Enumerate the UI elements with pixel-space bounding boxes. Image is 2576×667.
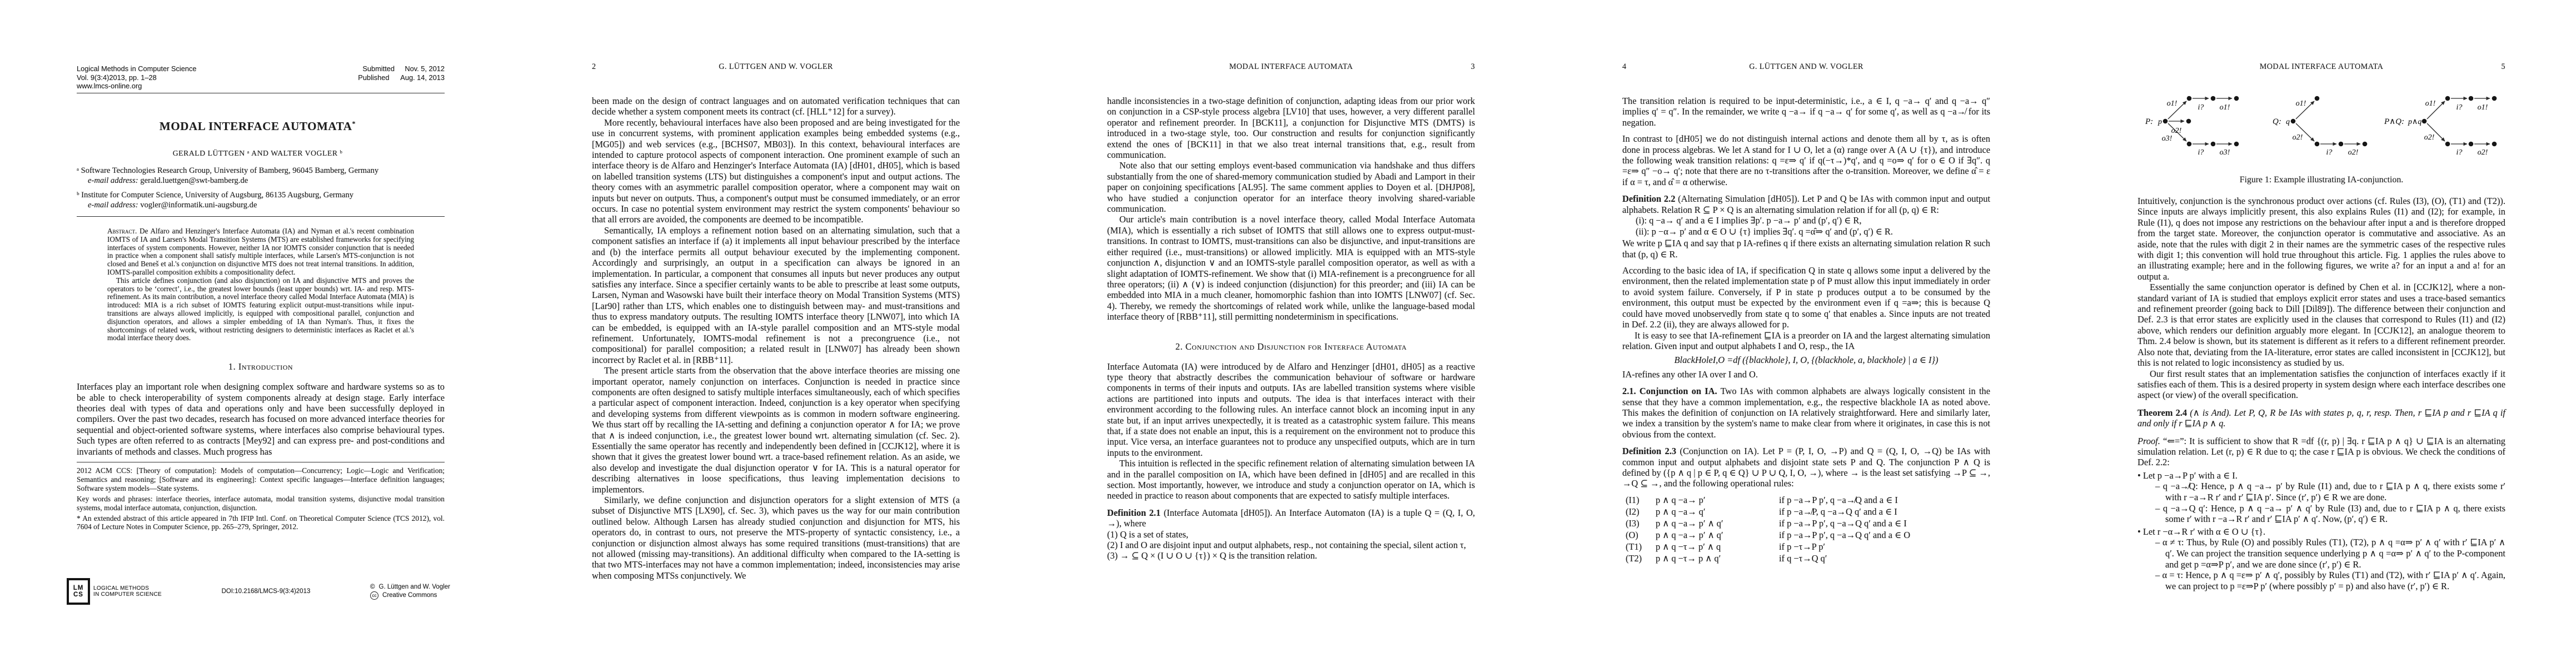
license-row: cc Creative Commons [370,591,450,600]
proof-case: • Let r −α→R r′ with α ∈ O ∪ {τ}. [2137,526,2505,537]
abstract-label: Abstract. [107,227,137,235]
definition-item: (ii): p −α→ p′ and α ∈ O ∪ {τ} implies ∃… [1636,226,1990,237]
published-row: Published Aug. 14, 2013 [358,73,445,82]
state-dot [2234,142,2239,147]
paragraph: This intuition is reflected in the speci… [1107,458,1475,501]
doi: DOI:10.2168/LMCS-9(3:4)2013 [162,588,370,595]
state-dot [2469,96,2474,101]
edge-label: o1! [2220,103,2230,112]
page-5: MODAL INTERFACE AUTOMATA 5 [2061,0,2576,667]
email-line: e-mail address: gerald.luettgen@swt-bamb… [88,176,445,186]
running-title: G. LÜTTGEN AND W. VOGLER [1622,62,1990,72]
paragraph: According to the basic idea of IA, if sp… [1622,265,1990,330]
paragraph: Note also that our setting employs event… [1107,160,1475,214]
rule-row: (T1)p ∧ q −τ→ p′ ∧ qif p −τ→P p′ [1626,541,1990,552]
state-dot [2187,96,2192,101]
operational-rules: (I1)p ∧ q −a→ p′if p −a→P p′, q −a↛Q and… [1626,494,1990,564]
automaton-p: P: p o1! i? o1! o2! o3! i? o3! [2145,96,2239,157]
paragraph: Our first result states that an implemen… [2137,369,2505,401]
paragraph: Interfaces play an important role when d… [77,381,445,457]
edge-label: i? [2198,148,2204,157]
section-heading-conjunction: 2. Conjunction and Disjunction for Inter… [1107,341,1475,352]
edge-label: o2! [2478,148,2488,157]
page5-text: Intuitively, conjunction is the synchron… [2137,196,2505,591]
blackhole-equation: BlackHoleI,O =df ({blackhole}, I, O, {(b… [1622,355,1990,365]
edge-label: o3! [2220,148,2230,157]
figure-caption: Figure 1: Example illustrating IA-conjun… [2137,175,2505,185]
theorem-2-4: Theorem 2.4 (∧ is And). Let P, Q, R be I… [2137,407,2505,429]
state-dot [2445,142,2450,147]
edge-label: o3! [2162,135,2173,143]
running-header: MODAL INTERFACE AUTOMATA 5 [2137,62,2505,72]
paragraph: been made on the design of contract lang… [592,96,960,117]
definition-item: (3) → ⊆ Q × (I ∪ O ∪ {τ}) × Q is the tra… [1107,550,1475,561]
page1-text-flow: Abstract. De Alfaro and Henzinger's Inte… [77,227,445,533]
edge-label: o1! [2167,99,2178,108]
edge-label: o2! [2293,133,2303,142]
footnote-extended-abstract: * An extended abstract of this article a… [77,514,445,532]
state-dot [2422,119,2427,124]
subsection-2-1: 2.1. Conjunction on IA. Two IAs with com… [1622,386,1990,440]
journal-masthead: Logical Methods in Computer Science Vol.… [77,64,445,91]
masthead-rule [77,93,445,93]
running-header: 4 G. LÜTTGEN AND W. VOGLER [1622,62,1990,72]
journal-volume: Vol. 9(3:4)2013, pp. 1–28 [77,73,197,82]
page-1: Logical Methods in Computer Science Vol.… [0,0,515,667]
paragraph: Essentially the same conjunction operato… [2137,282,2505,368]
email-address: vogler@informatik.uni-augsburg.de [140,201,257,210]
abstract-paragraph: This article defines conjunction (and al… [107,277,414,342]
state-dot [2234,96,2239,101]
state-dot [2163,119,2168,124]
paragraph: Semantically, IA employs a refinement no… [592,225,960,365]
automaton-label: P∧Q: [2384,117,2404,126]
paragraph: handle inconsistencies in a two-stage de… [1107,96,1475,160]
edge-label: i? [2326,148,2333,157]
definition-2-1: Definition 2.1 (Interface Automata [dH05… [1107,507,1475,529]
state-dot [2492,142,2497,147]
state-dot [2339,142,2344,147]
page-4: 4 G. LÜTTGEN AND W. VOGLER The transitio… [1546,0,2061,667]
journal-info: Logical Methods in Computer Science Vol.… [77,64,197,91]
proof-subcase: – α ≠ τ: Thus, by Rule (O) and possibly … [2155,537,2505,570]
proof-subcase: – q −a↛Q: Hence, p ∧ q −a→ p′ by Rule (I… [2155,481,2505,502]
edge-label: o2! [2348,148,2359,157]
lmcs-brand: LM CS LOGICAL METHODS IN COMPUTER SCIENC… [67,578,162,605]
journal-footer: LM CS LOGICAL METHODS IN COMPUTER SCIENC… [67,578,450,605]
paragraph: We write p ⊑IA q and say that p IA-refin… [1622,238,1990,260]
copyright-row: © G. Lüttgen and W. Vogler [370,583,450,591]
proof-case: • Let p −a→P p′ with a ∈ I. [2137,470,2505,481]
page4-text: The transition relation is required to b… [1622,96,1990,564]
license-block: © G. Lüttgen and W. Vogler cc Creative C… [370,583,450,600]
rule-row: (I3)p ∧ q −a→ p′ ∧ q′if p −a→P p′, q −a→… [1626,517,1990,529]
figure-1: P: p o1! i? o1! o2! o3! i? o3! [2137,91,2505,194]
paper-title: MODAL INTERFACE AUTOMATA* [0,120,515,133]
page3-text: handle inconsistencies in a two-stage de… [1107,96,1475,561]
page-number: 2 [592,62,596,72]
lmcs-brand-text: LOGICAL METHODS IN COMPUTER SCIENCE [93,585,162,598]
state-dot [2469,142,2474,147]
definition-2-3: Definition 2.3 (Conjunction on IA). Let … [1622,446,1990,489]
rule-row: (T2)p ∧ q −τ→ p ∧ q′if q −τ→Q q′ [1626,552,1990,564]
definition-item: (1) Q is a set of states, [1107,529,1475,540]
edge-label: i? [2198,103,2204,112]
title-footnote-mark: * [352,120,356,127]
state-dot [2363,142,2368,147]
edge-label: i? [2457,148,2463,157]
paragraph: It is easy to see that IA-refinement ⊑IA… [1622,330,1990,352]
journal-url: www.lmcs-online.org [77,82,197,91]
definition-2-2: Definition 2.2 (Alternating Simulation [… [1622,193,1990,215]
rule-row: (I1)p ∧ q −a→ p′if p −a→P p′, q −a↛Q and… [1626,494,1990,506]
email-address: gerald.luettgen@swt-bamberg.de [140,176,248,185]
page-number: 3 [1471,62,1476,72]
copyright-icon: © [370,583,375,591]
paragraph: In contrast to [dH05] we do not distingu… [1622,133,1990,187]
authors: GERALD LÜTTGEN ᵃ AND WALTER VOGLER ᵇ [0,149,515,158]
edge-label: o1! [2478,103,2488,112]
automaton-label: P: [2145,117,2153,126]
running-title: G. LÜTTGEN AND W. VOGLER [592,62,960,72]
paragraph: The present article starts from the obse… [592,365,960,495]
state-dot [2315,142,2320,147]
proof-subcase: – α = τ: Hence, p ∧ q =ε⇒ p′ ∧ q′, possi… [2155,570,2505,591]
creative-commons-icon: cc [370,591,378,600]
state-dot [2492,96,2497,101]
affiliation-a: ᵃ Software Technologies Research Group, … [77,166,445,186]
email-line: e-mail address: vogler@informatik.uni-au… [88,201,445,211]
proof-subcase: – q −a→Q q′: Hence, p ∧ q −a→ p′ ∧ q′ by… [2155,503,2505,525]
footnote-rule [77,462,445,462]
rule-row: (O)p ∧ q −a→ p′ ∧ q′if p −a→P p′, q −a→Q… [1626,529,1990,541]
state-dot [2315,96,2320,101]
paragraph: Interface Automata (IA) were introduced … [1107,361,1475,459]
paragraph: Our article's main contribution is a nov… [1107,214,1475,322]
running-title: MODAL INTERFACE AUTOMATA [1107,62,1475,72]
paragraph: Intuitively, conjunction is the synchron… [2137,196,2505,282]
state-dot [2211,142,2216,147]
submitted-row: Submitted Nov. 5, 2012 [358,64,445,73]
edge-label: o2! [2424,133,2435,142]
page-number: 5 [2502,62,2506,72]
running-title: MODAL INTERFACE AUTOMATA [2137,62,2505,72]
ia-conjunction-diagram: P: p o1! i? o1! o2! o3! i? o3! [2137,91,2504,159]
paragraph: Similarly, we define conjunction and dis… [592,495,960,581]
paragraph: More recently, behavioural interfaces ha… [592,117,960,225]
paragraph: The transition relation is required to b… [1622,96,1990,128]
page-3: MODAL INTERFACE AUTOMATA 3 handle incons… [1030,0,1546,667]
automaton-p-and-q: P∧Q: p∧q o1! i? o1! o2! i? o2! [2384,96,2497,157]
state-dot [2211,96,2216,101]
state-label: q [2286,118,2290,126]
footnote-keywords: Key words and phrases: interface theorie… [77,495,445,512]
lmcs-logo-icon: LM CS [67,578,90,605]
state-dot [2186,119,2191,124]
title-block-rule [77,216,445,217]
submission-dates: Submitted Nov. 5, 2012 Published Aug. 14… [358,64,445,91]
state-dot [2291,119,2296,124]
page2-text: been made on the design of contract lang… [592,96,960,581]
affiliation-b: ᵇ Institute for Computer Science, Univer… [77,191,445,210]
section-heading-introduction: 1. Introduction [77,361,445,372]
edge-label: i? [2457,103,2463,112]
paper-screenshot: { "page1": { "masthead": { "journal": "L… [0,0,2576,667]
page-2: 2 G. LÜTTGEN AND W. VOGLER been made on … [515,0,1030,667]
abstract-paragraph: Abstract. De Alfaro and Henzinger's Inte… [107,227,414,277]
running-header: 2 G. LÜTTGEN AND W. VOGLER [592,62,960,72]
edge-label: o1! [2425,99,2436,108]
definition-item: (2) I and O are disjoint input and outpu… [1107,540,1475,550]
edge-label: o2! [2171,127,2182,135]
footnote-acm-ccs: 2012 ACM CCS: [Theory of computation]: M… [77,466,445,493]
paragraph: IA-refines any other IA over I and O. [1622,369,1990,380]
automaton-label: Q: [2273,117,2281,126]
definition-item: (i): q −a→ q′ and a ∈ I implies ∃p′. p −… [1636,215,1990,226]
state-dot [2445,96,2450,101]
edge-label: o1! [2296,99,2306,108]
state-label: p [2158,118,2162,126]
proof: Proof. “⇐=”: It is sufficient to show th… [2137,436,2505,468]
rule-row: (I2)p ∧ q −a→ q′if p −a↛P, q −a→Q q′ and… [1626,506,1990,517]
running-header: MODAL INTERFACE AUTOMATA 3 [1107,62,1475,72]
journal-name: Logical Methods in Computer Science [77,64,197,73]
state-label: p∧q [2408,118,2421,126]
page-number: 4 [1622,62,1627,72]
proof-cases: • Let p −a→P p′ with a ∈ I. – q −a↛Q: He… [2137,470,2505,592]
automaton-q: Q: q o1! o2! i? o2! [2273,96,2367,157]
state-dot [2187,142,2192,147]
